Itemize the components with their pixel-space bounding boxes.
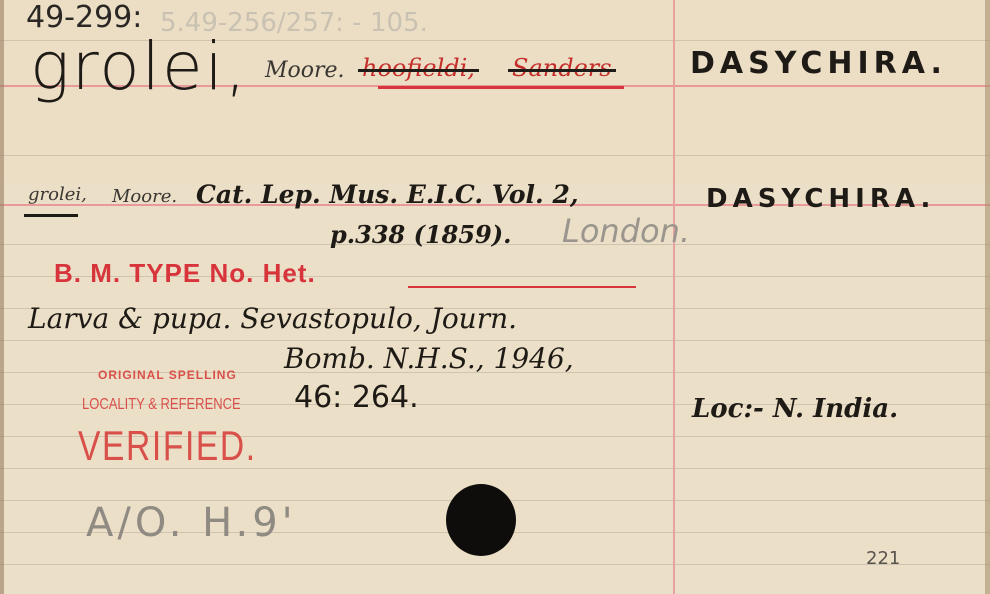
volume-pages: 46: 264. xyxy=(294,380,419,415)
struck-name-2: Sanders xyxy=(512,54,612,82)
ruled-line xyxy=(0,340,990,341)
locality: Loc:- N. India. xyxy=(692,394,898,424)
red-margin-line xyxy=(673,0,675,182)
stamp-verified: VERIFIED. xyxy=(78,422,257,470)
ruled-line xyxy=(0,155,990,156)
card-number: 221 xyxy=(866,548,900,569)
top-index-card: 5.49-256/257: - 105. 49-299: grolei, Moo… xyxy=(0,0,990,182)
species-underline xyxy=(24,214,78,217)
struck-name-1: hoofieldi, xyxy=(362,54,475,82)
journal-line: Bomb. N.H.S., 1946, xyxy=(284,342,574,375)
reference-line-1: Cat. Lep. Mus. E.I.C. Vol. 2, xyxy=(196,182,579,209)
punch-hole xyxy=(446,484,516,556)
species-name: grolei, xyxy=(28,184,87,205)
reference-line-2: p.338 (1859). xyxy=(330,220,511,249)
card-edge-right xyxy=(985,0,990,594)
pencil-code: A/O. H.9' xyxy=(86,500,297,546)
bm-type-label: B. M. TYPE No. Het. xyxy=(54,258,316,289)
pencil-place-note: London. xyxy=(562,212,690,250)
genus-name: DASYCHIRA. xyxy=(690,46,947,81)
bm-type-blank xyxy=(408,286,636,288)
red-strike-underline xyxy=(378,86,624,89)
stamp-locality-reference: LOCALITY & REFERENCE xyxy=(82,395,241,413)
author-name: Moore. xyxy=(265,58,345,83)
author-name: Moore. xyxy=(112,186,177,207)
card-edge-left xyxy=(0,0,4,594)
genus-name: DASYCHIRA. xyxy=(706,184,935,214)
species-name: grolei, xyxy=(30,28,248,105)
stamp-original-spelling: ORIGINAL SPELLING xyxy=(98,368,237,382)
larva-note: Larva & pupa. Sevastopulo, Journ. xyxy=(28,302,517,335)
ruled-line xyxy=(0,564,990,565)
